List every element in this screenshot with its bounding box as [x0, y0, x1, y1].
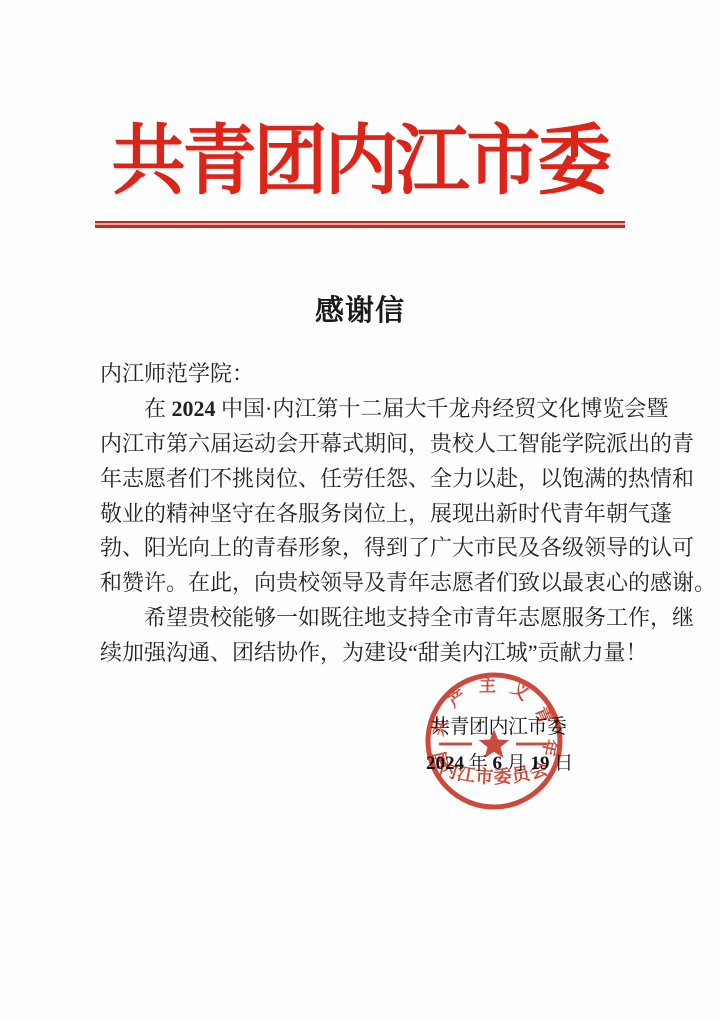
letter-page: 共青团内江市委 感谢信 内江师范学院： 在 2024 中国·内江第十二届大千龙舟… [0, 0, 720, 1018]
body-line: 勃、阳光向上的青春形象，得到了广大市民及各级领导的认可 [100, 531, 613, 566]
letterhead-org-name: 共青团内江市委 [0, 110, 720, 214]
body-line: 和赞许。在此，向贵校领导及青年志愿者们致以最衷心的感谢。 [100, 566, 613, 601]
letter-body: 内江师范学院： 在 2024 中国·内江第十二届大千龙舟经贸文化博览会暨 内江市… [100, 357, 613, 671]
letter-title: 感谢信 [0, 288, 720, 329]
official-seal-icon: 中国共产主义青年团 内江市委员会 [424, 671, 564, 811]
seal-bottom-text: 内江市委员会 [437, 757, 551, 787]
seal-right-dash [516, 743, 549, 746]
body-text-segment: 中国·内江第十二届大千龙舟经贸文化博览会暨 [216, 396, 669, 421]
body-line: 年志愿者们不挑岗位、任劳任怨、全力以赴，以饱满的热情和 [100, 462, 613, 497]
salutation: 内江师范学院： [100, 357, 613, 392]
body-year-segment: 2024 [172, 396, 216, 421]
body-line: 敬业的精神坚守在各服务岗位上，展现出新时代青年朝气蓬 [100, 497, 613, 532]
seal-left-dash [439, 743, 472, 746]
body-line: 希望贵校能够一如既往地支持全市青年志愿服务工作，继 [100, 601, 613, 636]
seal-top-text: 中国共产主义青年团 [424, 671, 562, 771]
body-line: 在 2024 中国·内江第十二届大千龙舟经贸文化博览会暨 [100, 392, 613, 427]
seal-star-icon [479, 729, 509, 758]
body-line: 续加强沟通、团结协作，为建设“甜美内江城”贡献力量！ [100, 636, 613, 671]
letterhead-rule [95, 221, 625, 228]
body-line: 内江市第六届运动会开幕式期间，贵校人工智能学院派出的青 [100, 427, 613, 462]
body-text-segment: 在 [144, 396, 172, 421]
